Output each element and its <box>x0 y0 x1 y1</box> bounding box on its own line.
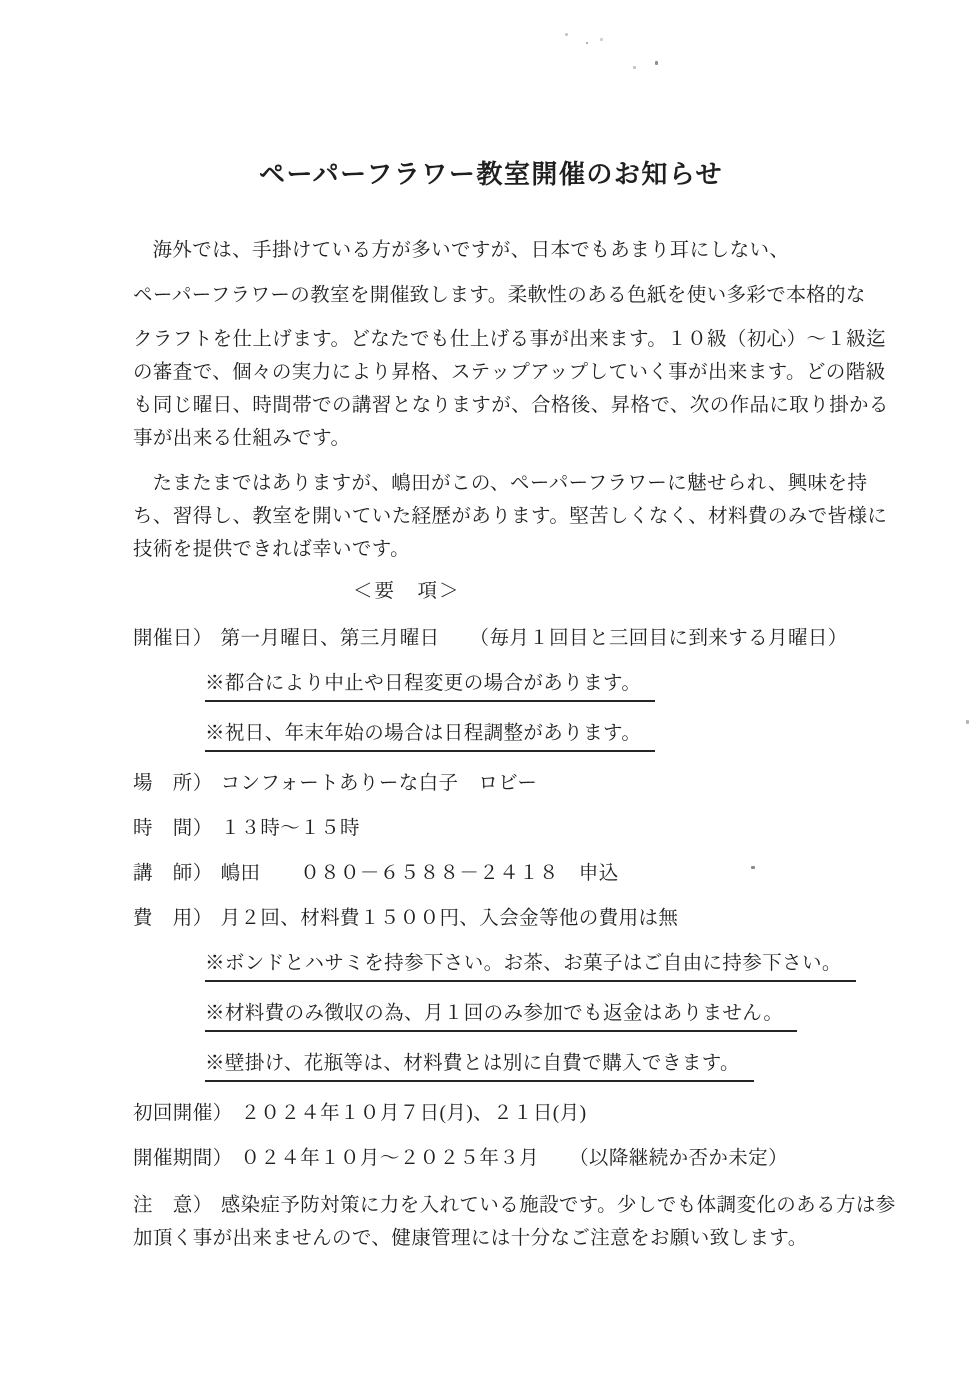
fee-note: ※壁掛け、花瓶等は、材料費とは別に自費で購入できます。 <box>205 1051 849 1082</box>
fee-note: ※材料費のみ徴収の為、月１回のみ参加でも返金はありません。 <box>205 1001 849 1032</box>
instructor-label: 講 師） <box>133 861 213 887</box>
fee-value: 月２回、材料費１５００円、入会金等他の費用は無 <box>221 906 679 932</box>
fee-note-text: ※壁掛け、花瓶等は、材料費とは別に自費で購入できます。 <box>205 1051 754 1082</box>
fee-note: ※ボンドとハサミを持参下さい。お茶、お菓子はご自由に持参下さい。 <box>205 951 849 982</box>
intro-paragraph-1-line: の審査で、個々の実力により昇格、ステップアップしていく事が出来ます。どの階級 <box>133 360 849 386</box>
fee-row: 費 用）月２回、材料費１５００円、入会金等他の費用は無 <box>133 906 849 932</box>
schedule-note-text: ※祝日、年末年始の場合は日程調整があります。 <box>205 721 655 752</box>
caution-label: 注 意） <box>133 1193 213 1219</box>
intro-paragraph-2-line: ち、習得し、教室を開いていた経歴があります。堅苦しくなく、材料費のみで皆様に <box>133 504 849 530</box>
fee-label: 費 用） <box>133 906 213 932</box>
scanned-notice-page: ペーパーフラワー教室開催のお知らせ 海外では、手掛けている方が多いですが、日本で… <box>0 0 980 1387</box>
requirements-heading: ＜要 項＞ <box>353 579 849 605</box>
place-label: 場 所） <box>133 771 213 797</box>
intro-paragraph-1-line: 海外では、手掛けている方が多いですが、日本でもあまり耳にしない、 <box>133 238 849 264</box>
intro-paragraph-1-line: 事が出来る仕組みです。 <box>133 426 849 452</box>
schedule-note: ※祝日、年末年始の場合は日程調整があります。 <box>205 721 849 752</box>
fee-note-text: ※ボンドとハサミを持参下さい。お茶、お菓子はご自由に持参下さい。 <box>205 951 856 982</box>
schedule-note: ※都合により中止や日程変更の場合があります。 <box>205 671 849 702</box>
first-session-value: ２０２４年１０月７日(月)、２１日(月) <box>241 1101 587 1127</box>
intro-paragraph-2-line: たまたまではありますが、嶋田がこの、ペーパーフラワーに魅せられ、興味を持 <box>133 471 849 497</box>
intro-paragraph-1-line: も同じ曜日、時間帯での講習となりますが、合格後、昇格で、次の作品に取り掛かる <box>133 393 849 419</box>
scan-speck <box>600 38 603 41</box>
period-value: ０２４年１０月～２０２５年３月 （以降継続か否か未定） <box>241 1146 788 1172</box>
scan-speck <box>633 66 636 69</box>
scan-speck <box>751 866 755 869</box>
scan-speck <box>586 42 588 44</box>
caution-row: 注 意）感染症予防対策に力を入れている施設です。少しでも体調変化のある方は参 <box>133 1193 849 1219</box>
document-body: ペーパーフラワー教室開催のお知らせ 海外では、手掛けている方が多いですが、日本で… <box>133 0 849 1252</box>
period-row: 開催期間）０２４年１０月～２０２５年３月 （以降継続か否か未定） <box>133 1146 849 1172</box>
instructor-value: 嶋田 ０８０－６５８８－２４１８ 申込 <box>221 861 619 887</box>
intro-paragraph-1-line: ペーパーフラワーの教室を開催致します。柔軟性のある色紙を使い多彩で本格的な <box>133 283 849 309</box>
period-label: 開催期間） <box>133 1146 233 1172</box>
place-value: コンフォートありーな白子 ロビー <box>221 771 538 797</box>
caution-row-continued: 加頂く事が出来ませんので、健康管理には十分なご注意をお願い致します。 <box>133 1226 849 1252</box>
schedule-label: 開催日） <box>133 626 213 652</box>
schedule-value: 第一月曜日、第三月曜日 （毎月１回目と三回目に到来する月曜日） <box>221 626 848 652</box>
schedule-note-text: ※都合により中止や日程変更の場合があります。 <box>205 671 655 702</box>
first-session-row: 初回開催）２０２４年１０月７日(月)、２１日(月) <box>133 1101 849 1127</box>
caution-value-line1: 感染症予防対策に力を入れている施設です。少しでも体調変化のある方は参 <box>221 1193 896 1219</box>
page-title: ペーパーフラワー教室開催のお知らせ <box>133 156 849 194</box>
time-label: 時 間） <box>133 816 213 842</box>
schedule-row: 開催日）第一月曜日、第三月曜日 （毎月１回目と三回目に到来する月曜日） <box>133 626 849 652</box>
instructor-row: 講 師）嶋田 ０８０－６５８８－２４１８ 申込 <box>133 861 849 887</box>
scan-speck <box>655 61 658 65</box>
time-row: 時 間）１３時～１５時 <box>133 816 849 842</box>
scan-speck <box>966 720 969 724</box>
time-value: １３時～１５時 <box>221 816 360 842</box>
intro-paragraph-1-line: クラフトを仕上げます。どなたでも仕上げる事が出来ます。１０級（初心）～１級迄 <box>133 327 849 353</box>
scan-speck <box>565 33 568 36</box>
place-row: 場 所）コンフォートありーな白子 ロビー <box>133 771 849 797</box>
fee-note-text: ※材料費のみ徴収の為、月１回のみ参加でも返金はありません。 <box>205 1001 797 1032</box>
intro-paragraph-2-line: 技術を提供できれば幸いです。 <box>133 537 849 563</box>
first-session-label: 初回開催） <box>133 1101 233 1127</box>
